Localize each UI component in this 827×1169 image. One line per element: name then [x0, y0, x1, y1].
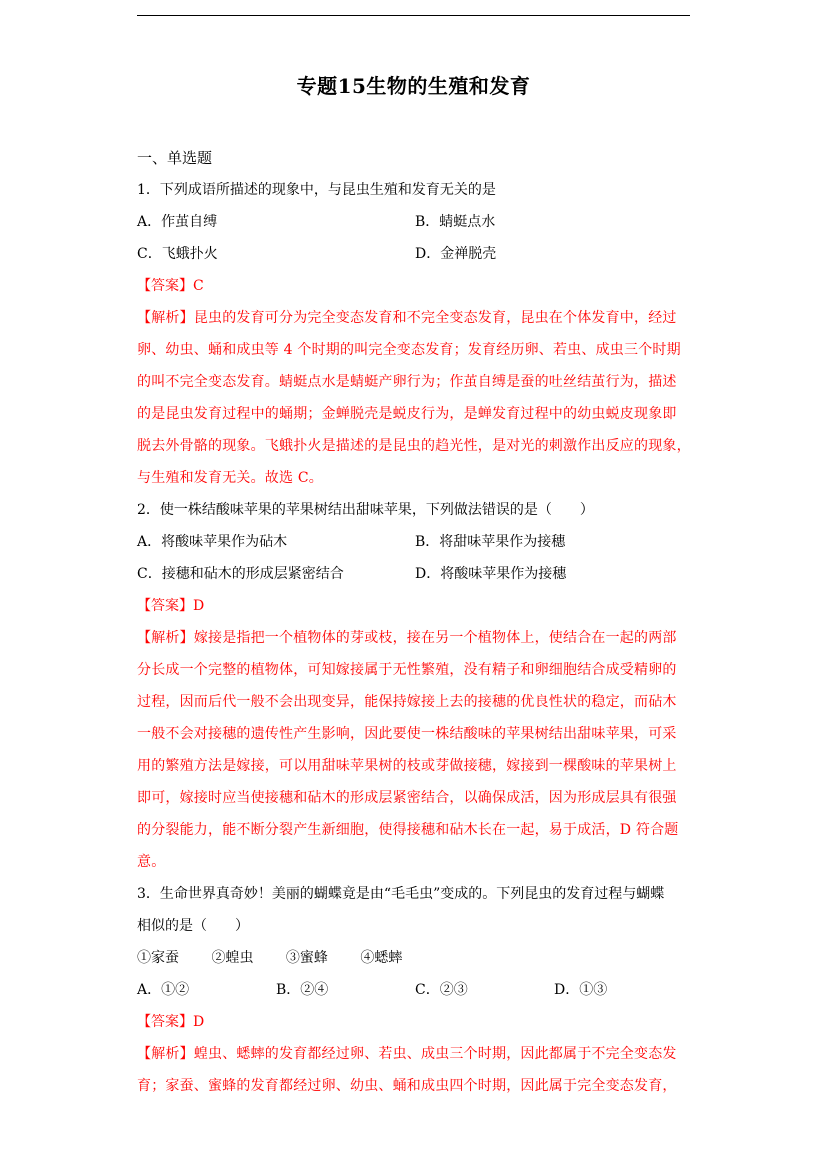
header-rule — [137, 15, 690, 16]
explanation-line: 的分裂能力，能不断分裂产生新细胞，使得接穗和砧木长在一起，易于成活，D 符合题 — [137, 814, 693, 846]
sub-items: ①家蚕 ②蝗虫 ③蜜蜂 ④蟋蟀 — [137, 942, 693, 974]
explanation-line: 的叫不完全变态发育。蜻蜓点水是蜻蜓产卵行为；作茧自缚是蚕的吐丝结茧行为，描述 — [137, 366, 693, 398]
explanation-label: 【解析】 — [137, 630, 194, 646]
explanation: 【解析】蝗虫、蟋蟀的发育都经过卵、若虫、成虫三个时期，因此都属于不完全变态发 育… — [137, 1038, 693, 1102]
question-stem: 2．使一株结酸味苹果的苹果树结出甜味苹果，下列做法错误的是（ ） — [137, 494, 693, 526]
question-stem: 3．生命世界真奇妙！美丽的蝴蝶竟是由“毛毛虫”变成的。下列昆虫的发育过程与蝴蝶 — [137, 878, 693, 910]
option-d: D．将酸味苹果作为接穗 — [415, 558, 693, 590]
options-row: A．作茧自缚 B．蜻蜓点水 — [137, 206, 693, 238]
explanation-line: 过程，因而后代一般不会出现变异，能保持嫁接上去的接穗的优良性状的稳定，而砧木 — [137, 686, 693, 718]
option-a: A．①② — [137, 974, 276, 1006]
answer-value: C — [193, 278, 204, 294]
option-a: A．将酸味苹果作为砧木 — [137, 526, 415, 558]
answer-label: 【答案】 — [137, 278, 193, 294]
option-b: B．②④ — [276, 974, 415, 1006]
answer: 【答案】D — [137, 590, 693, 622]
explanation-line: 卵、幼虫、蛹和成虫等 4 个时期的叫完全变态发育；发育经历卵、若虫、成虫三个时期 — [137, 334, 693, 366]
options-row: A．①② B．②④ C．②③ D．①③ — [137, 974, 693, 1006]
sub-item: ③蜜蜂 — [286, 942, 328, 974]
sub-item: ②蝗虫 — [211, 942, 253, 974]
explanation-line: 即可，嫁接时应当使接穗和砧木的形成层紧密结合，以确保成活，因为形成层具有很强 — [137, 782, 693, 814]
sub-item: ④蟋蟀 — [360, 942, 402, 974]
options-row: C．飞蛾扑火 D．金禅脱壳 — [137, 238, 693, 270]
option-d: D．①③ — [554, 974, 693, 1006]
question-stem: 相似的是（ ） — [137, 910, 693, 942]
answer: 【答案】C — [137, 270, 693, 302]
option-a: A．作茧自缚 — [137, 206, 415, 238]
options-row: C．接穗和砧木的形成层紧密结合 D．将酸味苹果作为接穗 — [137, 558, 693, 590]
answer-value: D — [193, 598, 204, 614]
explanation: 【解析】昆虫的发育可分为完全变态发育和不完全变态发育，昆虫在个体发育中，经过 卵… — [137, 302, 693, 494]
option-c: C．飞蛾扑火 — [137, 238, 415, 270]
answer-value: D — [193, 1014, 204, 1030]
explanation-line: 意。 — [137, 846, 693, 878]
explanation-line: 育；家蚕、蜜蜂的发育都经过卵、幼虫、蛹和成虫四个时期，因此属于完全变态发育， — [137, 1070, 693, 1102]
option-b: B．将甜味苹果作为接穗 — [415, 526, 693, 558]
document-body: 一、单选题 1．下列成语所描述的现象中，与昆虫生殖和发育无关的是 A．作茧自缚 … — [137, 142, 693, 1102]
page-title: 专题15生物的生殖和发育 — [0, 70, 827, 99]
option-c: C．②③ — [415, 974, 554, 1006]
option-c: C．接穗和砧木的形成层紧密结合 — [137, 558, 415, 590]
question-1: 1．下列成语所描述的现象中，与昆虫生殖和发育无关的是 A．作茧自缚 B．蜻蜓点水… — [137, 174, 693, 494]
explanation-line: 用的繁殖方法是嫁接，可以用甜味苹果树的枝或芽做接穗，嫁接到一棵酸味的苹果树上 — [137, 750, 693, 782]
explanation-line: 一般不会对接穗的遗传性产生影响，因此要使一株结酸味的苹果树结出甜味苹果，可采 — [137, 718, 693, 750]
sub-item: ①家蚕 — [137, 942, 179, 974]
option-b: B．蜻蜓点水 — [415, 206, 693, 238]
answer-label: 【答案】 — [137, 598, 193, 614]
section-heading: 一、单选题 — [137, 142, 693, 174]
explanation-label: 【解析】 — [137, 310, 194, 326]
question-2: 2．使一株结酸味苹果的苹果树结出甜味苹果，下列做法错误的是（ ） A．将酸味苹果… — [137, 494, 693, 878]
explanation-line: 脱去外骨骼的现象。飞蛾扑火是描述的是昆虫的趋光性，是对光的刺激作出反应的现象， — [137, 430, 693, 462]
answer-label: 【答案】 — [137, 1014, 193, 1030]
question-stem: 1．下列成语所描述的现象中，与昆虫生殖和发育无关的是 — [137, 174, 693, 206]
question-3: 3．生命世界真奇妙！美丽的蝴蝶竟是由“毛毛虫”变成的。下列昆虫的发育过程与蝴蝶 … — [137, 878, 693, 1102]
explanation-line: 与生殖和发育无关。故选 C。 — [137, 462, 693, 494]
explanation-line: 分长成一个完整的植物体，可知嫁接属于无性繁殖，没有精子和卵细胞结合成受精卵的 — [137, 654, 693, 686]
answer: 【答案】D — [137, 1006, 693, 1038]
explanation-line: 的是昆虫发育过程中的蛹期；金蝉脱壳是蜕皮行为，是蝉发育过程中的幼虫蜕皮现象即 — [137, 398, 693, 430]
options-row: A．将酸味苹果作为砧木 B．将甜味苹果作为接穗 — [137, 526, 693, 558]
option-d: D．金禅脱壳 — [415, 238, 693, 270]
explanation: 【解析】嫁接是指把一个植物体的芽或枝，接在另一个植物体上，使结合在一起的两部 分… — [137, 622, 693, 878]
explanation-label: 【解析】 — [137, 1046, 194, 1062]
